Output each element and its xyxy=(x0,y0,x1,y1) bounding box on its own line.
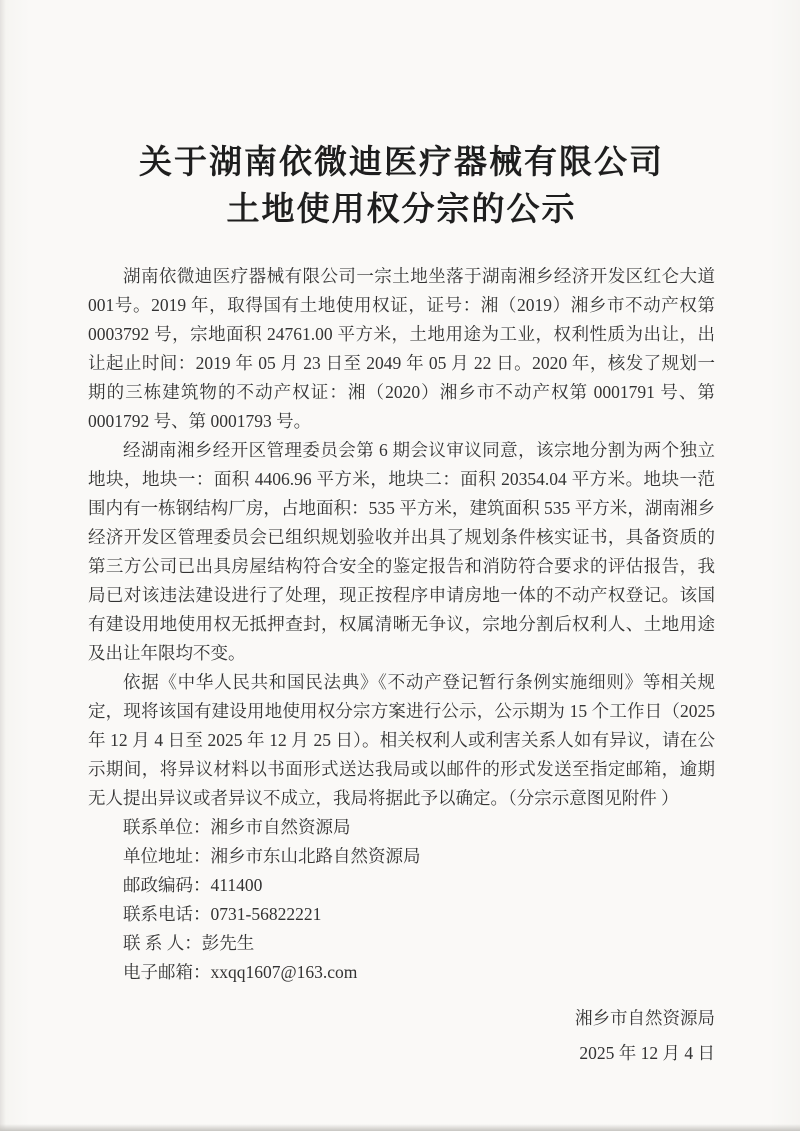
contact-phone-label: 联系电话： xyxy=(123,904,211,924)
signature-organization: 湘乡市自然资源局 xyxy=(88,1001,715,1036)
contact-postcode-line: 邮政编码：411400 xyxy=(88,871,715,900)
contact-unit-label: 联系单位： xyxy=(123,817,211,837)
contact-address-line: 单位地址：湘乡市东山北路自然资源局 xyxy=(88,842,715,871)
contact-unit-value: 湘乡市自然资源局 xyxy=(211,817,351,837)
document-title: 关于湖南依微迪医疗器械有限公司 土地使用权分宗的公示 xyxy=(88,140,715,234)
scanned-notice-page: 关于湖南依微迪医疗器械有限公司 土地使用权分宗的公示 湖南依微迪医疗器械有限公司… xyxy=(0,0,800,1131)
paragraph-land-history: 湖南依微迪医疗器械有限公司一宗土地坐落于湖南湘乡经济开发区红仑大道001号。20… xyxy=(88,262,715,436)
contact-address-label: 单位地址： xyxy=(123,846,211,866)
contact-email-label: 电子邮箱： xyxy=(123,962,211,982)
contact-person-label: 联 系 人： xyxy=(123,933,202,953)
signature-block: 湘乡市自然资源局 2025 年 12 月 4 日 xyxy=(88,1001,715,1071)
document-title-line2: 土地使用权分宗的公示 xyxy=(227,192,577,228)
contact-postcode-label: 邮政编码： xyxy=(123,875,211,895)
paragraph-legal-basis-objection: 依据《中华人民共和国民法典》《不动产登记暂行条例实施细则》等相关规定，现将该国有… xyxy=(88,668,715,813)
document-body: 湖南依微迪医疗器械有限公司一宗土地坐落于湖南湘乡经济开发区红仑大道001号。20… xyxy=(88,262,715,813)
contact-block: 联系单位：湘乡市自然资源局 单位地址：湘乡市东山北路自然资源局 邮政编码：411… xyxy=(88,813,715,987)
contact-email-line: 电子邮箱：xxqq1607@163.com xyxy=(88,958,715,987)
contact-phone-line: 联系电话：0731-56822221 xyxy=(88,900,715,929)
contact-phone-value: 0731-56822221 xyxy=(211,904,322,924)
contact-person-line: 联 系 人：彭先生 xyxy=(88,929,715,958)
paragraph-division-plan: 经湖南湘乡经开区管理委员会第 6 期会议审议同意，该宗地分割为两个独立地块，地块… xyxy=(88,436,715,668)
scan-edge-shadow xyxy=(0,1124,800,1131)
contact-postcode-value: 411400 xyxy=(211,875,263,895)
contact-email-value: xxqq1607@163.com xyxy=(211,962,358,982)
signature-date: 2025 年 12 月 4 日 xyxy=(88,1036,715,1071)
contact-person-value: 彭先生 xyxy=(202,933,255,953)
document-title-line1: 关于湖南依微迪医疗器械有限公司 xyxy=(139,145,664,181)
contact-unit-line: 联系单位：湘乡市自然资源局 xyxy=(88,813,715,842)
contact-address-value: 湘乡市东山北路自然资源局 xyxy=(211,846,421,866)
